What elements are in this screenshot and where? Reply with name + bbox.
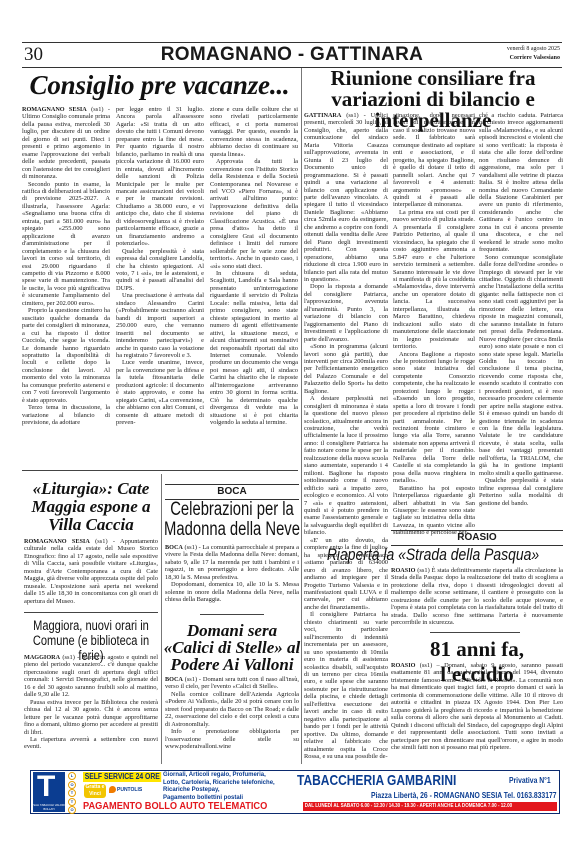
self-service-badge: SELF SERVICE 24 ORE [83,772,161,782]
headline-liturgia: «Liturgia»: Cate Maggia espone a Villa C… [24,480,158,534]
paper-name: Corriere Valsesiano [507,54,560,63]
dateline-place: BOCA [165,544,183,551]
article-riunione-col2: stinazione, dopo necessari lavori di ris… [393,112,475,537]
dateline-place: ROMAGNANO SESIA [24,538,90,545]
article-boca-neve: BOCA (ss1) - La comunità parrocchiale si… [165,544,299,604]
gratta-e-vinci-logo: Gratta e Vinci [84,784,106,798]
shop-name: TABACCHERIA GAMBARINI [297,772,456,789]
dateline-place: BOCA [165,676,183,683]
tabacchi-logo: T SALI TABACCHI VALORI BOLLATI [33,772,65,812]
section-divider [430,632,520,633]
kicker-roasio: ROASIO [391,530,563,546]
advertisement-tabaccheria: T SALI TABACCHI VALORI BOLLATI L O T T O… [30,770,560,814]
article-riunione-col3: ché a rischio caduta. Patriarca ha chies… [479,112,563,507]
issue-date: venerdì 8 agosto 2025 [507,45,560,54]
kicker-boca: BOCA [165,484,299,500]
article-maggiora: MAGGIORA (ss1) - Siamo in agosto e quind… [24,654,158,751]
bollo-auto-banner: PAGAMENTO BOLLO AUTO TELEMATICO [83,801,267,812]
opening-hours: DAL LUNEDÌ AL SABATO 6.00 - 12.30 / 14.3… [303,802,557,811]
headline-consiglio: Consiglio pre vacanze... [22,70,297,101]
article-consiglio-col1: ROMAGNANO SESIA (ss1) - Ultimo Consiglio… [22,106,110,426]
dateline-place: GATTINARA [304,112,341,119]
column-divider [161,474,162,764]
page-header: 30 ROMAGNANO - GATTINARA venerdì 8 agost… [22,42,562,68]
lotto-logo: L O T T O [68,772,76,815]
article-liturgia: ROMAGNANO SESIA (ss1) - Appuntamento cul… [24,538,158,605]
article-consiglio-col3: zione e cura delle colture che si sono r… [210,106,298,426]
shop-address: Piazza Libertà, 26 - ROMAGNANO SESIA Tel… [371,790,557,800]
dateline-place: ROASIO [391,567,415,574]
headline-roasio-strada: Riaperta la «Strada della Pasqua» [303,545,562,565]
article-roasio-strada: ROASIO (ss1) È stata definitivamente ria… [391,567,563,627]
article-riunione-col1: GATTINARA (ss1) - Undici presenti, merco… [304,112,388,760]
issue-info: venerdì 8 agosto 2025 Corriere Valsesian… [507,45,560,63]
dateline-place: ROMAGNANO SESIA [22,106,87,113]
dateline-place: MAGGIORA [24,654,60,661]
privativa-label: Privativa N°1 [509,776,551,785]
headline-boca-calici: Domani sera «Calici di Stelle» al Podere… [163,622,301,673]
article-boca-calici: BOCA (ss1) - Domani sera tutti con il na… [165,676,299,751]
section-divider [22,470,298,471]
article-roasio-eccidio: ROASIO (ss1) – Domani, sabato 9 agosto, … [391,662,563,751]
column-divider [301,68,302,764]
puntolis-pin-icon [109,786,116,793]
headline-boca-neve: Celebrazioni per la Madonna della Neve [163,500,300,540]
section-title: ROMAGNANO - GATTINARA [22,43,562,67]
section-divider [200,614,264,615]
services-list: Giornali, Articoli regalo, Profumeria, L… [163,772,275,802]
dateline-place: ROASIO [391,662,415,669]
section-divider [24,612,158,613]
tabacchi-t-icon: T [37,772,55,802]
puntolis-logo: PUNTOLIS [109,786,142,793]
article-consiglio-col2: per legge entro il 31 luglio. Ancora par… [116,106,204,426]
